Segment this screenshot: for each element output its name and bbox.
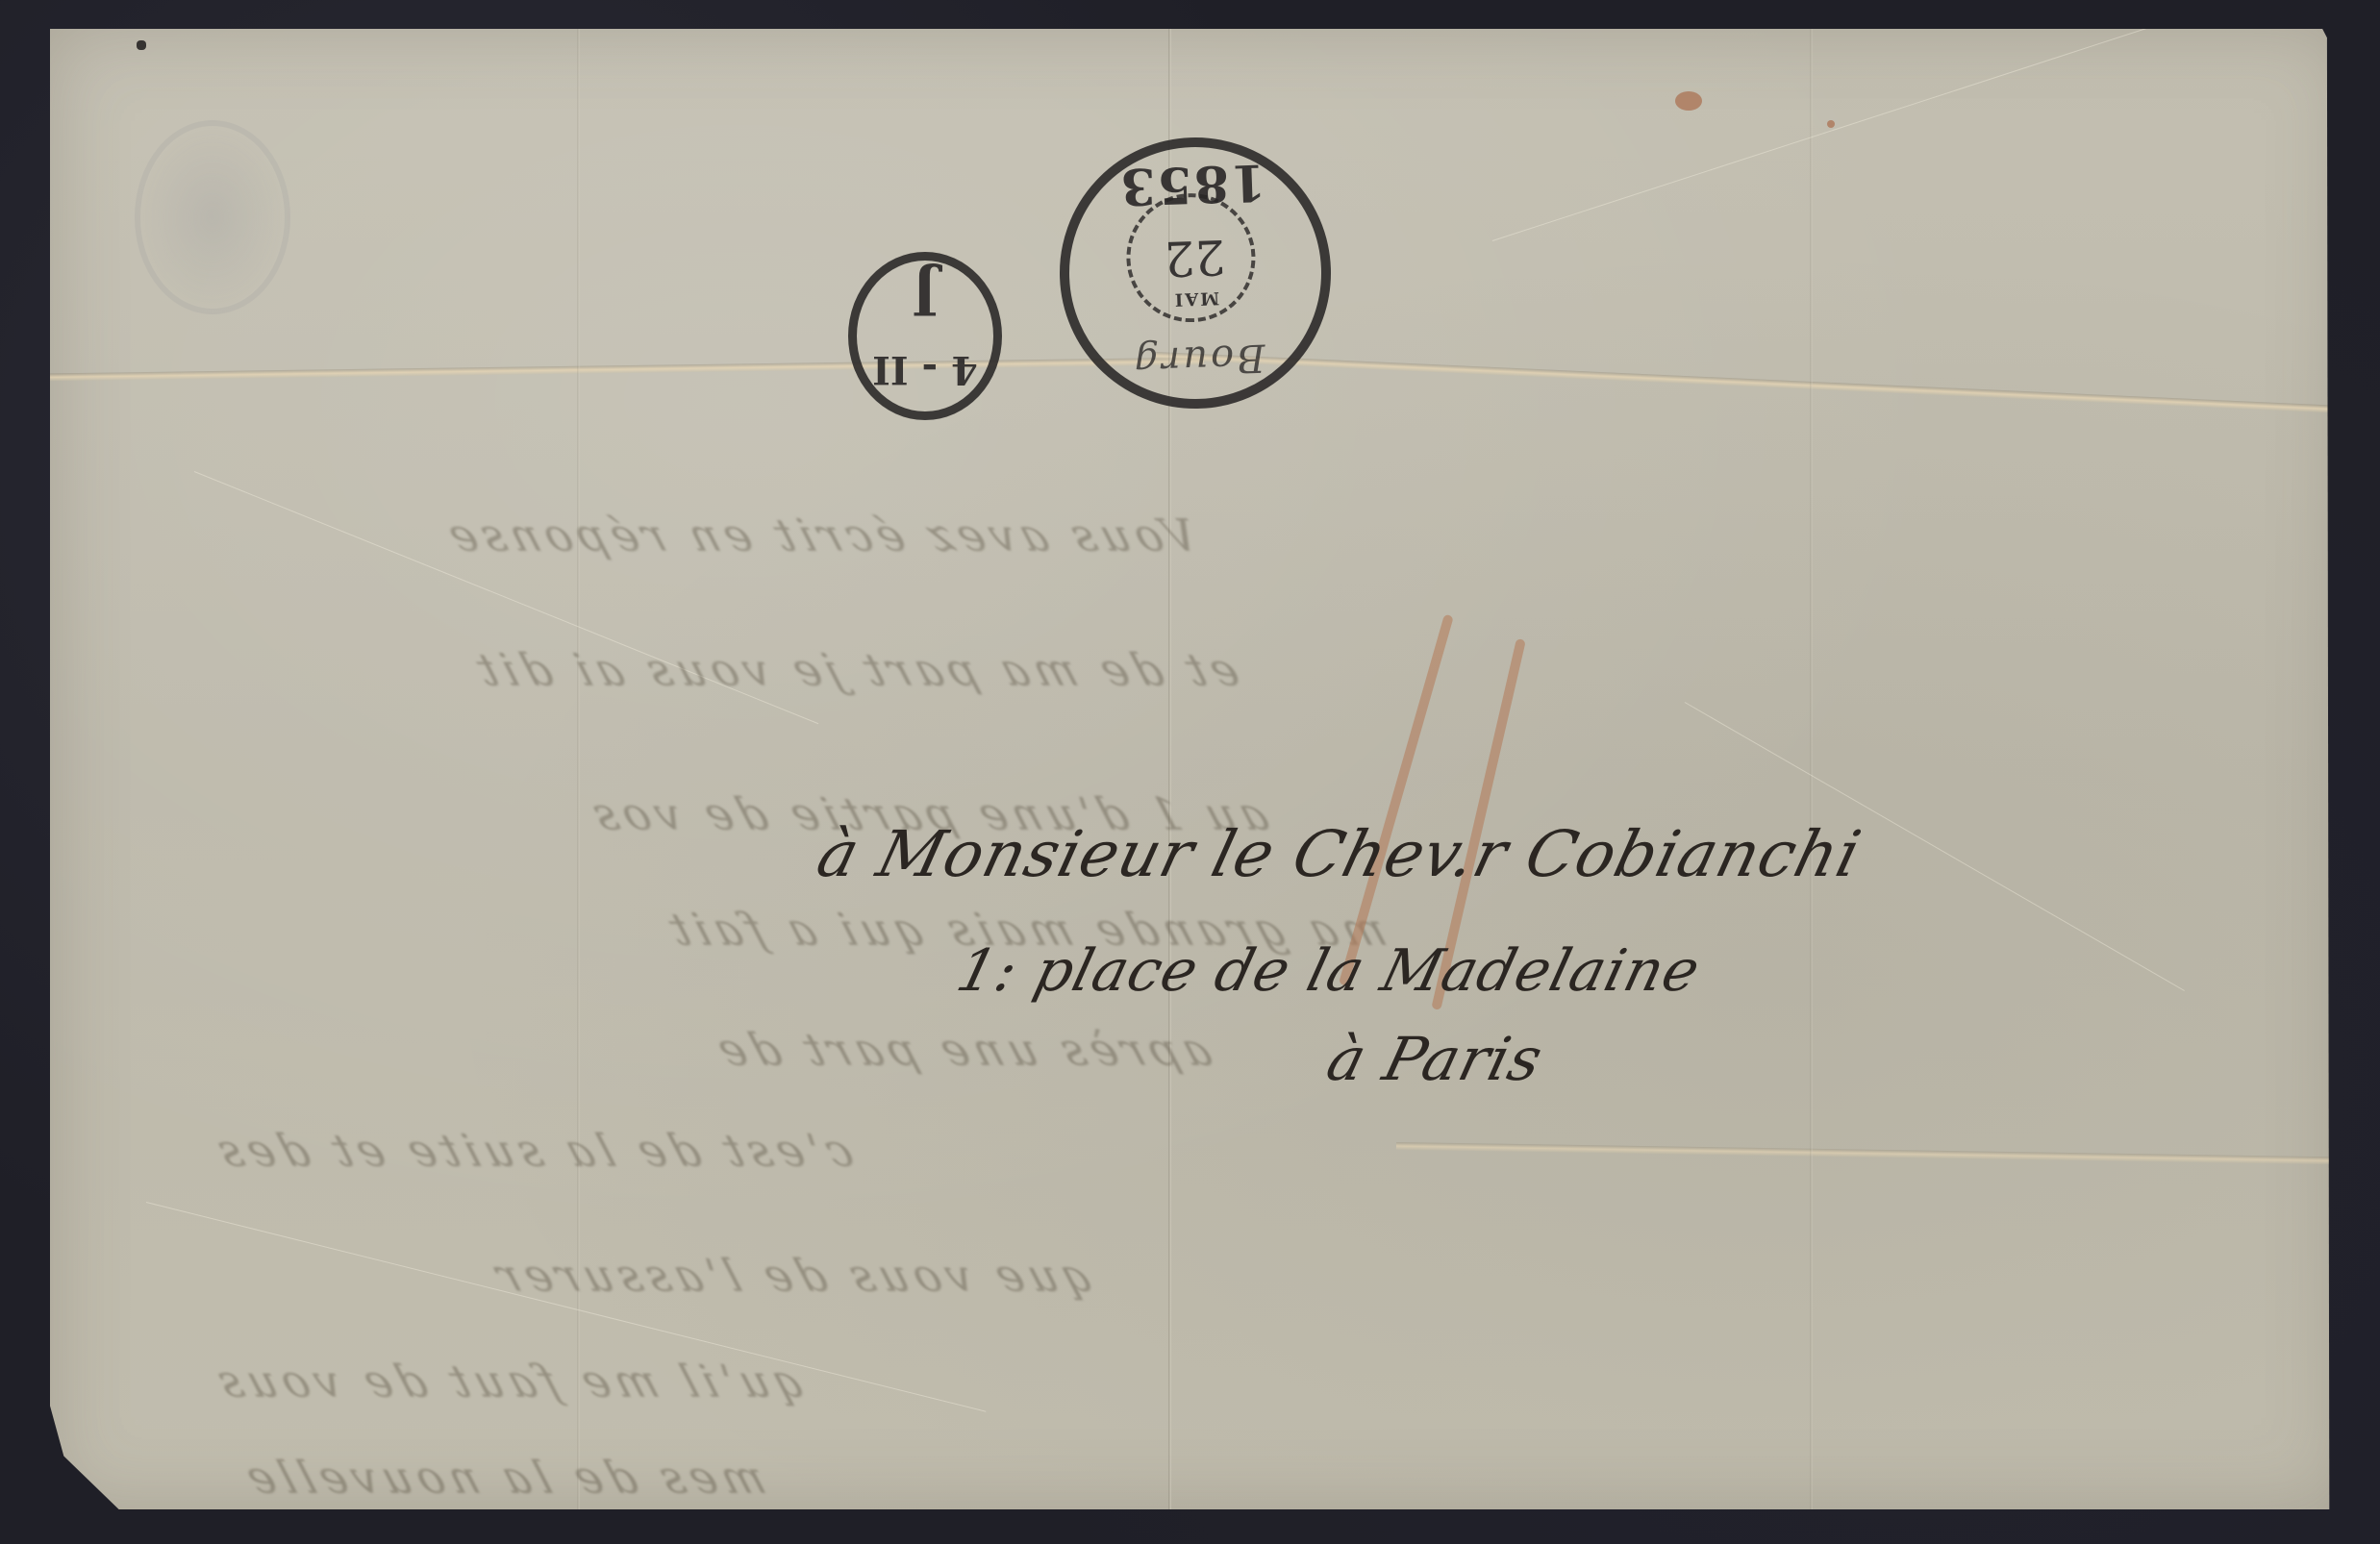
paper-crease (1492, 3, 2224, 241)
ink-speck (137, 40, 146, 50)
bleed-through-line: que vous de l'assurer (484, 1250, 1099, 1302)
date-postmark: Bourg MAI 22 1853 (1055, 133, 1336, 413)
postmark-day: 22 (1068, 225, 1322, 289)
faint-offset-stamp (135, 120, 290, 314)
rust-stain (1827, 120, 1835, 128)
postmark-town: Bourg (1071, 333, 1324, 386)
rust-stain (1675, 91, 1702, 111)
crayon-rate-stroke (1339, 614, 1454, 986)
fold-line-bottom (1396, 1142, 2345, 1165)
bleed-through-line: c'est de la suite et des (205, 1125, 860, 1177)
secondary-postmark: 4 - II J (848, 252, 1002, 420)
bleed-through-line: et de ma part je vous ai dit (464, 644, 1245, 696)
address-recipient: à Monsieur le Chev.r Cobianchi (810, 817, 1868, 891)
postmark-year: 1853 (1065, 151, 1319, 218)
fold-line-vertical-right (1810, 29, 1813, 1509)
fold-line-top-right (1156, 352, 2344, 413)
letter-sheet: Vous avez écrit en réponse et de ma part… (50, 29, 2345, 1509)
secondary-postmark-letter: J (857, 261, 993, 327)
fold-line-top (50, 358, 1204, 382)
bleed-through-line: mes de la nouvelle (234, 1452, 771, 1504)
bleed-through-line: après une part de (705, 1024, 1218, 1076)
address-street: 1: place de la Madelaine (950, 937, 1707, 1005)
bleed-through-line: qu'il me faut de vous (205, 1356, 811, 1407)
address-city: à Paris (1320, 1024, 1550, 1094)
bleed-through-line: Vous avez écrit en réponse (436, 510, 1204, 561)
secondary-postmark-sub: 4 - II (857, 347, 993, 392)
